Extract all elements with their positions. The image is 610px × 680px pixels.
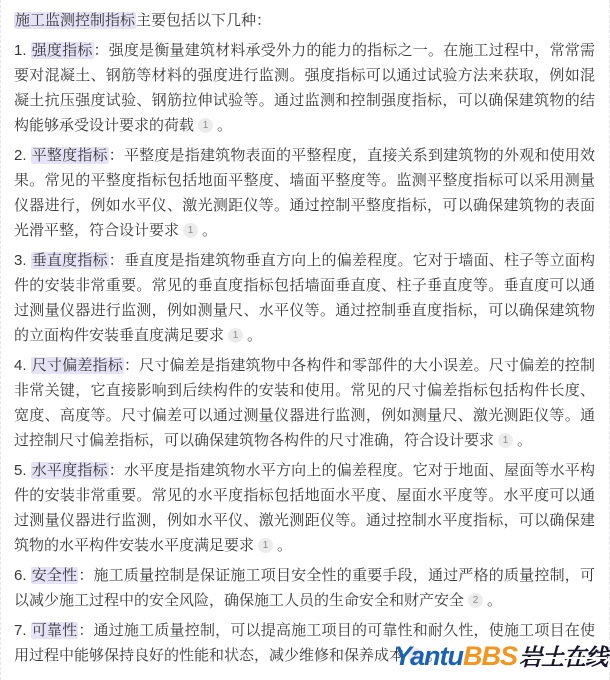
item-number: 7. [14,622,27,639]
citation-badge[interactable]: 2 [408,648,423,663]
sentence-end: 。 [517,432,532,449]
term-separator: ： [94,42,109,59]
item-number: 4. [14,357,27,374]
paragraph-safety: 6.安全性：施工质量控制是保证施工项目安全性的重要手段，通过严格的质量控制，可以… [14,563,595,613]
intro-line: 施工监测控制指标主要包括以下几种： [14,8,595,33]
sentence-end: 。 [427,647,442,664]
term-separator: ： [109,147,124,164]
answer-page: 施工监测控制指标主要包括以下几种： 1.强度指标：强度是衡量建筑材料承受外力的能… [0,0,610,680]
paragraph-reliability: 7.可靠性：通过施工质量控制，可以提高施工项目的可靠性和耐久性，使施工项目在使用… [14,618,595,668]
term-separator: ： [124,357,139,374]
item-number: 2. [14,147,27,164]
term-link-reliability[interactable]: 可靠性 [31,622,79,639]
intro-rest-text: 主要包括以下几种： [136,12,271,29]
term-link-levelness[interactable]: 水平度指标 [31,462,109,479]
sentence-end: 。 [247,327,262,344]
sentence-end: 。 [487,592,502,609]
sentence-end: 。 [217,117,232,134]
term-link-dimension[interactable]: 尺寸偏差指标 [31,357,124,374]
term-link-strength[interactable]: 强度指标 [31,42,94,59]
item-number: 1. [14,42,27,59]
term-separator: ： [78,567,93,584]
intro-term-link[interactable]: 施工监测控制指标 [14,12,136,29]
paragraph-body: 通过施工质量控制，可以提高施工项目的可靠性和耐久性，使施工项目在使用过程中能够保… [14,622,595,664]
paragraph-verticality: 3.垂直度指标：垂直度是指建筑物垂直方向上的偏差程度。它对于墙面、柱子等立面构件… [14,248,595,348]
item-number: 3. [14,252,27,269]
citation-badge[interactable]: 1 [258,538,273,553]
citation-badge[interactable]: 1 [183,223,198,238]
paragraph-levelness: 5.水平度指标：水平度是指建筑物水平方向上的偏差程度。它对于地面、屋面等水平构件… [14,458,595,558]
paragraph-strength: 1.强度指标：强度是衡量建筑材料承受外力的能力的指标之一。在施工过程中，常常需要… [14,38,595,138]
term-separator: ： [109,252,124,269]
sentence-end: 。 [202,222,217,239]
term-link-safety[interactable]: 安全性 [31,567,79,584]
citation-badge[interactable]: 2 [468,593,483,608]
sentence-end: 。 [277,537,292,554]
paragraph-flatness: 2.平整度指标：平整度是指建筑物表面的平整程度，直接关系到建筑物的外观和使用效果… [14,143,595,243]
paragraph-body: 施工质量控制是保证施工项目安全性的重要手段，通过严格的质量控制，可以减少施工过程… [14,567,595,609]
citation-badge[interactable]: 1 [228,328,243,343]
item-number: 5. [14,462,27,479]
term-link-verticality[interactable]: 垂直度指标 [31,252,109,269]
paragraph-dimension-deviation: 4.尺寸偏差指标：尺寸偏差是指建筑物中各构件和零部件的大小误差。尺寸偏差的控制非… [14,353,595,453]
term-separator: ： [109,462,124,479]
term-link-flatness[interactable]: 平整度指标 [31,147,109,164]
citation-badge[interactable]: 1 [198,118,213,133]
item-number: 6. [14,567,27,584]
citation-badge[interactable]: 1 [498,433,513,448]
term-separator: ： [78,622,93,639]
